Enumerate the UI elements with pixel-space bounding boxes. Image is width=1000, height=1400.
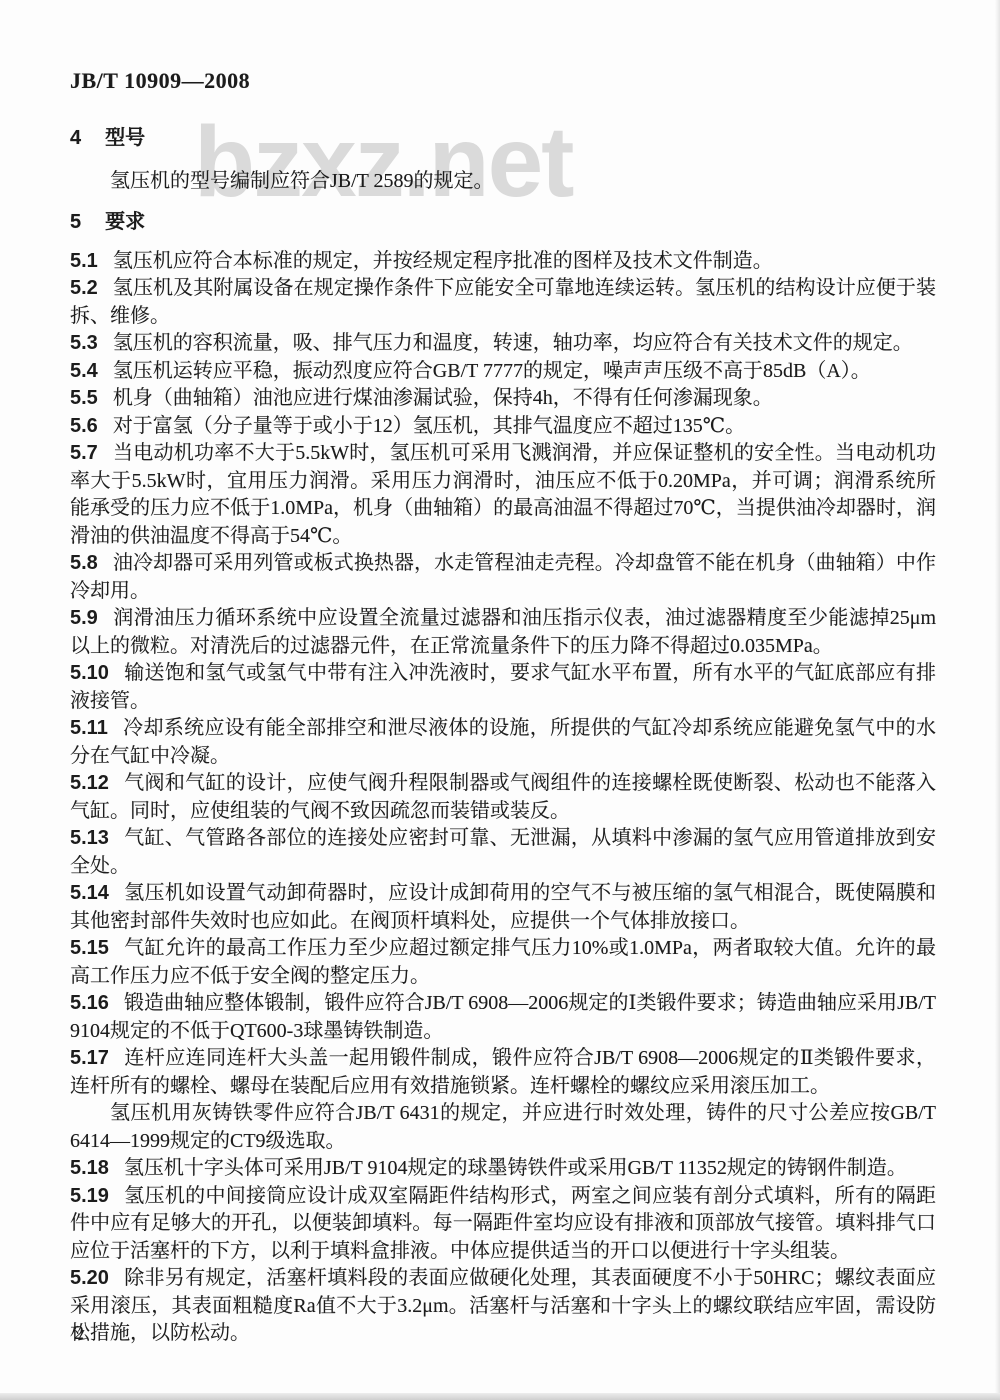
paragraph: 氢压机用灰铸铁零件应符合JB/T 6431的规定，并应进行时效处理，铸件的尺寸公…	[70, 1100, 936, 1155]
clause-5.15: 5.15气缸允许的最高工作压力至少应超过额定排气压力10%或1.0MPa，两者取…	[70, 935, 936, 990]
clause-number: 5.11	[70, 717, 108, 739]
clause-number: 5.5	[70, 387, 98, 409]
clause-text: 气阀和气缸的设计，应使气阀升程限制器或气阀组件的连接螺栓既使断裂、松动也不能落入…	[70, 772, 936, 822]
clause-number: 5.3	[70, 332, 98, 354]
section-number: 5	[70, 211, 81, 233]
clause-text: 氢压机十字头体可采用JB/T 9104规定的球墨铸铁件或采用GB/T 11352…	[124, 1157, 907, 1179]
clause-number: 5.9	[70, 607, 98, 629]
scan-edge-bottom	[0, 1393, 1000, 1400]
clause-text: 除非另有规定，活塞杆填料段的表面应做硬化处理，其表面硬度不小于50HRC；螺纹表…	[70, 1267, 936, 1344]
clause-text: 润滑油压力循环系统中应设置全流量过滤器和油压指示仪表，油过滤器精度至少能滤掉25…	[70, 607, 936, 657]
clause-text: 连杆应连同连杆大头盖一起用锻件制成，锻件应符合JB/T 6908—2006规定的…	[70, 1047, 936, 1097]
clause-number: 5.13	[70, 827, 109, 849]
section-heading-4: 4型号	[70, 124, 936, 152]
clause-5.18: 5.18氢压机十字头体可采用JB/T 9104规定的球墨铸铁件或采用GB/T 1…	[70, 1155, 936, 1183]
clause-text: 机身（曲轴箱）油池应进行煤油渗漏试验，保持4h，不得有任何渗漏现象。	[113, 387, 773, 409]
clause-number: 5.14	[70, 882, 109, 904]
section-heading-5: 5要求	[70, 208, 936, 236]
clause-number: 5.4	[70, 360, 98, 382]
clause-number: 5.17	[70, 1047, 109, 1069]
clause-list: 5.1氢压机应符合本标准的规定，并按经规定程序批准的图样及技术文件制造。5.2氢…	[70, 248, 936, 1348]
clause-text: 氢压机运转应平稳，振动烈度应符合GB/T 7777的规定，噪声声压级不高于85d…	[113, 360, 871, 382]
clause-5.11: 5.11冷却系统应设有能全部排空和泄尽液体的设施，所提供的气缸冷却系统应能避免氢…	[70, 715, 936, 770]
clause-text: 当电动机功率不大于5.5kW时，氢压机可采用飞溅润滑，并应保证整机的安全性。当电…	[70, 442, 936, 547]
clause-number: 5.8	[70, 552, 98, 574]
clause-5.3: 5.3氢压机的容积流量，吸、排气压力和温度，转速，轴功率，均应符合有关技术文件的…	[70, 330, 936, 358]
clause-text: 氢压机应符合本标准的规定，并按经规定程序批准的图样及技术文件制造。	[113, 250, 773, 272]
clause-number: 5.2	[70, 277, 98, 299]
clause-number: 5.16	[70, 992, 109, 1014]
section-title: 型号	[105, 127, 145, 149]
clause-text: 氢压机的容积流量，吸、排气压力和温度，转速，轴功率，均应符合有关技术文件的规定。	[113, 332, 913, 354]
clause-text: 氢压机的中间接筒应设计成双室隔距件结构形式，两室之间应装有剖分式填料，所有的隔距…	[70, 1185, 936, 1262]
clause-number: 5.18	[70, 1157, 109, 1179]
clause-text: 氢压机及其附属设备在规定操作条件下应能安全可靠地连续运转。氢压机的结构设计应便于…	[70, 277, 936, 327]
clause-5.13: 5.13气缸、气管路各部位的连接处应密封可靠、无泄漏，从填料中渗漏的氢气应用管道…	[70, 825, 936, 880]
document-page: JB/T 10909—2008 4型号氢压机的型号编制应符合JB/T 2589的…	[0, 0, 1000, 1348]
clause-5.8: 5.8油冷却器可采用列管或板式换热器，水走管程油走壳程。冷却盘管不能在机身（曲轴…	[70, 550, 936, 605]
clause-number: 5.6	[70, 415, 98, 437]
clause-5.10: 5.10输送饱和氢气或氢气中带有注入冲洗液时，要求气缸水平布置，所有水平的气缸底…	[70, 660, 936, 715]
clause-number: 5.19	[70, 1185, 109, 1207]
clause-5.6: 5.6对于富氢（分子量等于或小于12）氢压机，其排气温度应不超过135℃。	[70, 413, 936, 441]
document-body: 4型号氢压机的型号编制应符合JB/T 2589的规定。5要求5.1氢压机应符合本…	[70, 124, 936, 1348]
clause-text: 气缸允许的最高工作压力至少应超过额定排气压力10%或1.0MPa，两者取较大值。…	[70, 937, 936, 987]
clause-5.14: 5.14氢压机如设置气动卸荷器时，应设计成卸荷用的空气不与被压缩的氢气相混合，既…	[70, 880, 936, 935]
clause-text: 冷却系统应设有能全部排空和泄尽液体的设施，所提供的气缸冷却系统应能避免氢气中的水…	[70, 717, 936, 767]
clause-5.19: 5.19氢压机的中间接筒应设计成双室隔距件结构形式，两室之间应装有剖分式填料，所…	[70, 1183, 936, 1266]
clause-number: 5.20	[70, 1267, 109, 1289]
clause-5.5: 5.5机身（曲轴箱）油池应进行煤油渗漏试验，保持4h，不得有任何渗漏现象。	[70, 385, 936, 413]
clause-number: 5.10	[70, 662, 109, 684]
clause-text: 油冷却器可采用列管或板式换热器，水走管程油走壳程。冷却盘管不能在机身（曲轴箱）中…	[70, 552, 936, 602]
clause-5.16: 5.16锻造曲轴应整体锻制，锻件应符合JB/T 6908—2006规定的Ⅰ类锻件…	[70, 990, 936, 1045]
standard-number-header: JB/T 10909—2008	[70, 66, 936, 96]
clause-text: 输送饱和氢气或氢气中带有注入冲洗液时，要求气缸水平布置，所有水平的气缸底部应有排…	[70, 662, 936, 712]
clause-5.1: 5.1氢压机应符合本标准的规定，并按经规定程序批准的图样及技术文件制造。	[70, 248, 936, 276]
clause-5.17: 5.17连杆应连同连杆大头盖一起用锻件制成，锻件应符合JB/T 6908—200…	[70, 1045, 936, 1100]
clause-number: 5.1	[70, 250, 98, 272]
clause-5.9: 5.9润滑油压力循环系统中应设置全流量过滤器和油压指示仪表，油过滤器精度至少能滤…	[70, 605, 936, 660]
section-number: 4	[70, 127, 81, 149]
clause-5.12: 5.12气阀和气缸的设计，应使气阀升程限制器或气阀组件的连接螺栓既使断裂、松动也…	[70, 770, 936, 825]
clause-number: 5.15	[70, 937, 109, 959]
section-title: 要求	[105, 211, 145, 233]
clause-5.20: 5.20除非另有规定，活塞杆填料段的表面应做硬化处理，其表面硬度不小于50HRC…	[70, 1265, 936, 1348]
clause-5.2: 5.2氢压机及其附属设备在规定操作条件下应能安全可靠地连续运转。氢压机的结构设计…	[70, 275, 936, 330]
clause-text: 锻造曲轴应整体锻制，锻件应符合JB/T 6908—2006规定的Ⅰ类锻件要求；铸…	[70, 992, 936, 1042]
clause-text: 氢压机如设置气动卸荷器时，应设计成卸荷用的空气不与被压缩的氢气相混合，既使隔膜和…	[70, 882, 936, 932]
clause-number: 5.7	[70, 442, 98, 464]
clause-5.4: 5.4氢压机运转应平稳，振动烈度应符合GB/T 7777的规定，噪声声压级不高于…	[70, 358, 936, 386]
paragraph: 氢压机的型号编制应符合JB/T 2589的规定。	[70, 168, 936, 196]
clause-5.7: 5.7当电动机功率不大于5.5kW时，氢压机可采用飞溅润滑，并应保证整机的安全性…	[70, 440, 936, 550]
clause-number: 5.12	[70, 772, 109, 794]
clause-text: 对于富氢（分子量等于或小于12）氢压机，其排气温度应不超过135℃。	[113, 415, 745, 437]
clause-text: 气缸、气管路各部位的连接处应密封可靠、无泄漏，从填料中渗漏的氢气应用管道排放到安…	[70, 827, 936, 877]
page-number: 2	[74, 1322, 84, 1345]
